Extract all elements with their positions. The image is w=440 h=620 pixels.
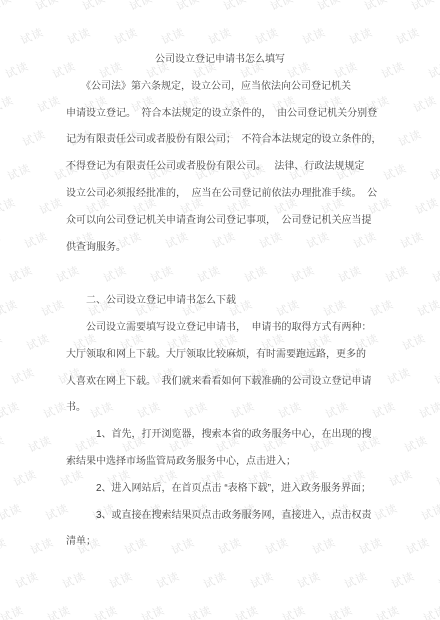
watermark-text: 试读	[370, 398, 398, 422]
watermark-text: 试读	[22, 228, 50, 252]
watermark-text: 试读	[419, 500, 440, 524]
watermark-text: 试读	[33, 0, 61, 14]
watermark-text: 试读	[436, 568, 440, 592]
text-line: 人喜欢在网上下载。 我们就来看看如何下载准确的公司设立登记申请	[66, 369, 374, 396]
watermark-text: 试读	[159, 24, 187, 48]
watermark-text: 试读	[398, 228, 426, 252]
watermark-text: 试读	[295, 568, 323, 592]
watermark-text: 试读	[417, 398, 440, 422]
watermark-text: 试读	[60, 568, 88, 592]
watermark-text: 试读	[372, 500, 400, 524]
watermark-text: 试读	[327, 602, 355, 620]
watermark-text: 试读	[415, 296, 440, 320]
watermark-text: 试读	[28, 534, 56, 558]
text-line: 公司设立需要填写设立登记申请书， 申请书的取得方式有两种：	[66, 315, 374, 342]
watermark-text: 试读	[0, 194, 18, 218]
text-line: 《公司法》第六条规定，设立公司，应当依法向公司登记机关	[66, 74, 374, 101]
text-line: 书。	[66, 395, 374, 422]
watermark-text: 试读	[413, 194, 440, 218]
watermark-text: 试读	[11, 466, 39, 490]
watermark-text: 试读	[174, 0, 202, 14]
watermark-text: 试读	[37, 194, 65, 218]
watermark-text: 试读	[0, 500, 24, 524]
watermark-text: 试读	[0, 602, 26, 620]
watermark-text: 试读	[127, 0, 155, 14]
blank-line	[66, 261, 374, 288]
watermark-text: 试读	[0, 534, 9, 558]
watermark-text: 试读	[400, 330, 428, 354]
watermark-text: 试读	[383, 262, 411, 286]
watermark-text: 试读	[268, 0, 296, 14]
watermark-text: 试读	[5, 160, 33, 184]
watermark-text: 试读	[426, 58, 440, 82]
watermark-text: 试读	[3, 58, 31, 82]
watermark-text: 试读	[379, 58, 407, 82]
watermark-text: 试读	[9, 364, 37, 388]
watermark-text: 试读	[107, 568, 135, 592]
text-line: 索结果中选择市场监管局政务服务中心，点击进入；	[66, 449, 374, 476]
watermark-text: 试读	[300, 24, 328, 48]
watermark-text: 试读	[20, 126, 48, 150]
watermark-text: 试读	[26, 432, 54, 456]
watermark-text: 试读	[0, 296, 20, 320]
watermark-text: 试读	[434, 466, 440, 490]
watermark-text: 试读	[411, 92, 439, 116]
watermark-text: 试读	[39, 296, 67, 320]
watermark-text: 试读	[0, 228, 3, 252]
watermark-text: 试读	[92, 602, 120, 620]
watermark-text: 试读	[280, 602, 308, 620]
watermark-text: 试读	[421, 602, 440, 620]
text-line: 众可以向公司登记机关申请查询公司登记事项， 公司登记机关应当提	[66, 208, 374, 235]
watermark-text: 试读	[65, 24, 93, 48]
watermark-text: 试读	[0, 0, 14, 14]
watermark-text: 试读	[342, 568, 370, 592]
watermark-text: 试读	[0, 432, 7, 456]
watermark-text: 试读	[13, 568, 41, 592]
watermark-text: 试读	[396, 126, 424, 150]
watermark-text: 试读	[18, 24, 46, 48]
watermark-text: 试读	[0, 330, 5, 354]
watermark-text: 试读	[430, 262, 440, 286]
text-line: 1、首先，打开浏览器，搜索本省的政务服务中心，在出现的搜	[66, 422, 374, 449]
watermark-text: 试读	[315, 0, 343, 14]
watermark-text: 试读	[381, 160, 409, 184]
text-line: 大厅领取和网上下载。大厅领取比较麻烦，有时需要跑远路，更多的	[66, 342, 374, 369]
watermark-text: 试读	[432, 364, 440, 388]
watermark-text: 试读	[248, 568, 276, 592]
watermark-text: 试读	[112, 24, 140, 48]
watermark-text: 试读	[0, 126, 1, 150]
watermark-text: 试读	[402, 432, 430, 456]
document-page: 公司设立登记申请书怎么填写 《公司法》第六条规定，设立公司，应当依法向公司登记机…	[66, 47, 374, 556]
text-line: 设立公司必须报经批准的， 应当在公司登记前依法办理批准手续。 公	[66, 181, 374, 208]
watermark-text: 试读	[139, 602, 167, 620]
watermark-text: 试读	[154, 568, 182, 592]
watermark-text: 试读	[387, 466, 415, 490]
watermark-text: 试读	[347, 24, 375, 48]
watermark-text: 试读	[24, 330, 52, 354]
text-line: 申请设立登记。 符合本法规定的设立条件的， 由公司登记机关分别登	[66, 101, 374, 128]
section-heading: 二、公司设立登记申请书怎么下载	[66, 288, 374, 315]
watermark-text: 试读	[404, 534, 432, 558]
document-title: 公司设立登记申请书怎么填写	[66, 47, 374, 74]
text-line: 记为有限责任公司或者股份有限公司； 不符合本法规定的设立条件的，	[66, 127, 374, 154]
watermark-text: 试读	[186, 602, 214, 620]
watermark-text: 试读	[7, 262, 35, 286]
watermark-text: 试读	[221, 0, 249, 14]
watermark-text: 试读	[362, 0, 390, 14]
watermark-text: 试读	[41, 398, 69, 422]
text-line: 清单；	[66, 529, 374, 556]
text-line: 2、进入网站后，在首页点击 “表格下载”，进入政务服务界面；	[66, 476, 374, 503]
watermark-text: 试读	[0, 92, 16, 116]
watermark-text: 试读	[253, 24, 281, 48]
watermark-text: 试读	[428, 160, 440, 184]
text-line: 不得登记为有限责任公司或者股份有限公司。 法律、行政法规规定	[66, 154, 374, 181]
watermark-text: 试读	[206, 24, 234, 48]
watermark-text: 试读	[35, 92, 63, 116]
text-line: 3、或直接在搜索结果页点击政务服务网，直接进入，点击权责	[66, 503, 374, 530]
watermark-text: 试读	[80, 0, 108, 14]
watermark-text: 试读	[0, 398, 22, 422]
text-line: 供查询服务。	[66, 235, 374, 262]
watermark-text: 试读	[409, 0, 437, 14]
watermark-text: 试读	[389, 568, 417, 592]
watermark-text: 试读	[385, 364, 413, 388]
watermark-text: 试读	[394, 24, 422, 48]
watermark-text: 试读	[201, 568, 229, 592]
watermark-text: 试读	[233, 602, 261, 620]
watermark-text: 试读	[45, 602, 73, 620]
watermark-text: 试读	[374, 602, 402, 620]
